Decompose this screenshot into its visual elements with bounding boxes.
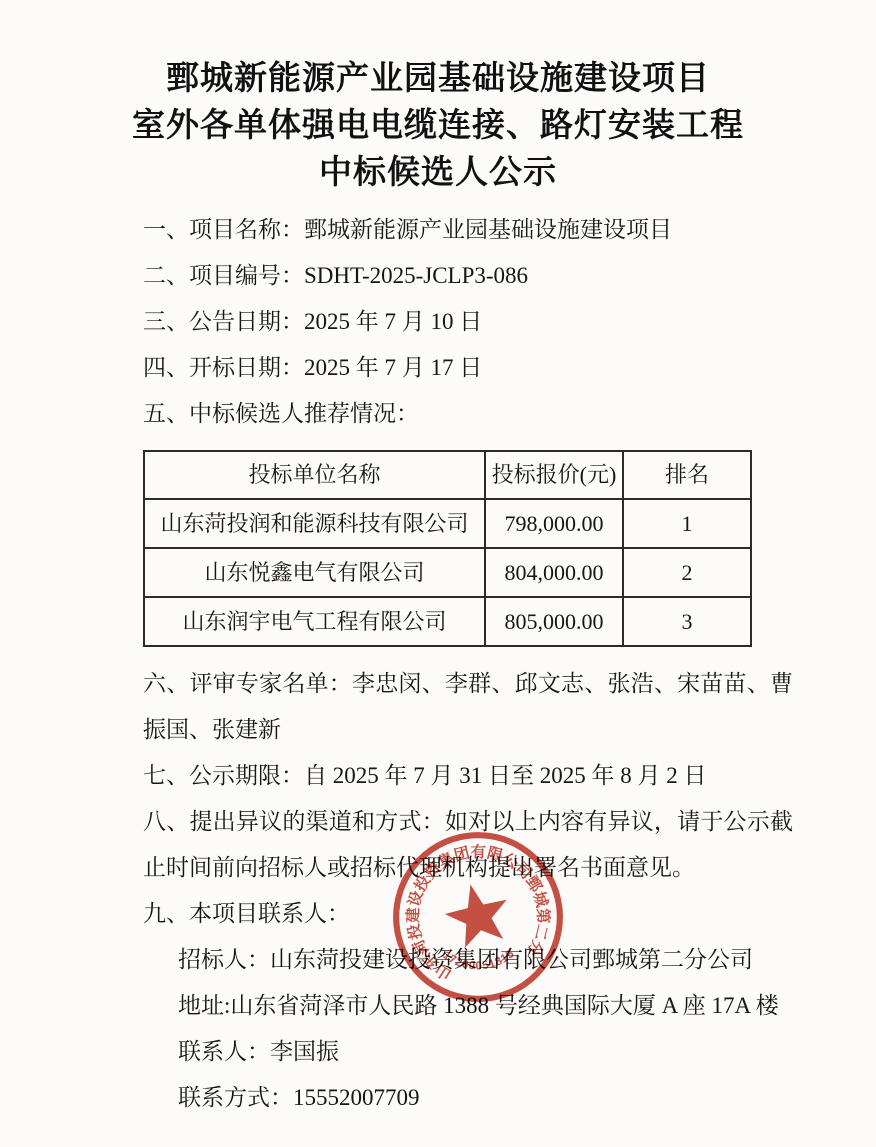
contact-address: 地址:山东省菏泽市人民路 1388 号经典国际大厦 A 座 17A 楼 xyxy=(143,983,793,1029)
table-header-row: 投标单位名称 投标报价(元) 排名 xyxy=(144,451,751,499)
item-candidates-heading: 五、中标候选人推荐情况： xyxy=(143,391,793,437)
item-objection: 八、提出异议的渠道和方式：如对以上内容有异议，请于公示截止时间前向招标人或招标代… xyxy=(143,799,793,891)
cell-company-1: 山东菏投润和能源科技有限公司 xyxy=(144,499,485,548)
cell-rank-1: 1 xyxy=(623,499,751,548)
header-company: 投标单位名称 xyxy=(144,451,485,499)
header-rank: 排名 xyxy=(623,451,751,499)
item-bid-opening-date: 四、开标日期：2025 年 7 月 17 日 xyxy=(143,345,793,391)
item-project-number: 二、项目编号：SDHT-2025-JCLP3-086 xyxy=(143,253,793,299)
table-row: 山东悦鑫电气有限公司 804,000.00 2 xyxy=(144,548,751,597)
candidates-table: 投标单位名称 投标报价(元) 排名 山东菏投润和能源科技有限公司 798,000… xyxy=(143,450,752,647)
title-line-3: 中标候选人公示 xyxy=(319,153,557,190)
cell-price-3: 805,000.00 xyxy=(485,597,623,646)
item-experts: 六、评审专家名单：李忠闵、李群、邱文志、张浩、宋苗苗、曹振国、张建新 xyxy=(143,661,793,753)
header-price: 投标报价(元) xyxy=(485,451,623,499)
item-announcement-date: 三、公告日期：2025 年 7 月 10 日 xyxy=(143,299,793,345)
document-page: 鄄城新能源产业园基础设施建设项目 室外各单体强电电缆连接、路灯安装工程 中标候选… xyxy=(0,0,876,1147)
contact-phone: 联系方式：15552007709 xyxy=(143,1075,793,1121)
contact-tenderer: 招标人：山东菏投建设投资集团有限公司鄄城第二分公司 xyxy=(143,937,793,983)
contact-person: 联系人：李国振 xyxy=(143,1029,793,1075)
document-title: 鄄城新能源产业园基础设施建设项目 室外各单体强电电缆连接、路灯安装工程 中标候选… xyxy=(0,0,876,195)
title-line-1: 鄄城新能源产业园基础设施建设项目 xyxy=(166,59,710,96)
item-contacts-heading: 九、本项目联系人： xyxy=(143,891,793,937)
cell-rank-2: 2 xyxy=(623,548,751,597)
table-row: 山东菏投润和能源科技有限公司 798,000.00 1 xyxy=(144,499,751,548)
table-row: 山东润宇电气工程有限公司 805,000.00 3 xyxy=(144,597,751,646)
cell-rank-3: 3 xyxy=(623,597,751,646)
item-project-name: 一、项目名称：鄄城新能源产业园基础设施建设项目 xyxy=(143,207,793,253)
cell-price-1: 798,000.00 xyxy=(485,499,623,548)
cell-company-3: 山东润宇电气工程有限公司 xyxy=(144,597,485,646)
cell-price-2: 804,000.00 xyxy=(485,548,623,597)
document-body: 一、项目名称：鄄城新能源产业园基础设施建设项目 二、项目编号：SDHT-2025… xyxy=(143,207,793,1121)
cell-company-2: 山东悦鑫电气有限公司 xyxy=(144,548,485,597)
title-line-2: 室外各单体强电电缆连接、路灯安装工程 xyxy=(132,106,744,143)
item-publicity-period: 七、公示期限：自 2025 年 7 月 31 日至 2025 年 8 月 2 日 xyxy=(143,753,793,799)
